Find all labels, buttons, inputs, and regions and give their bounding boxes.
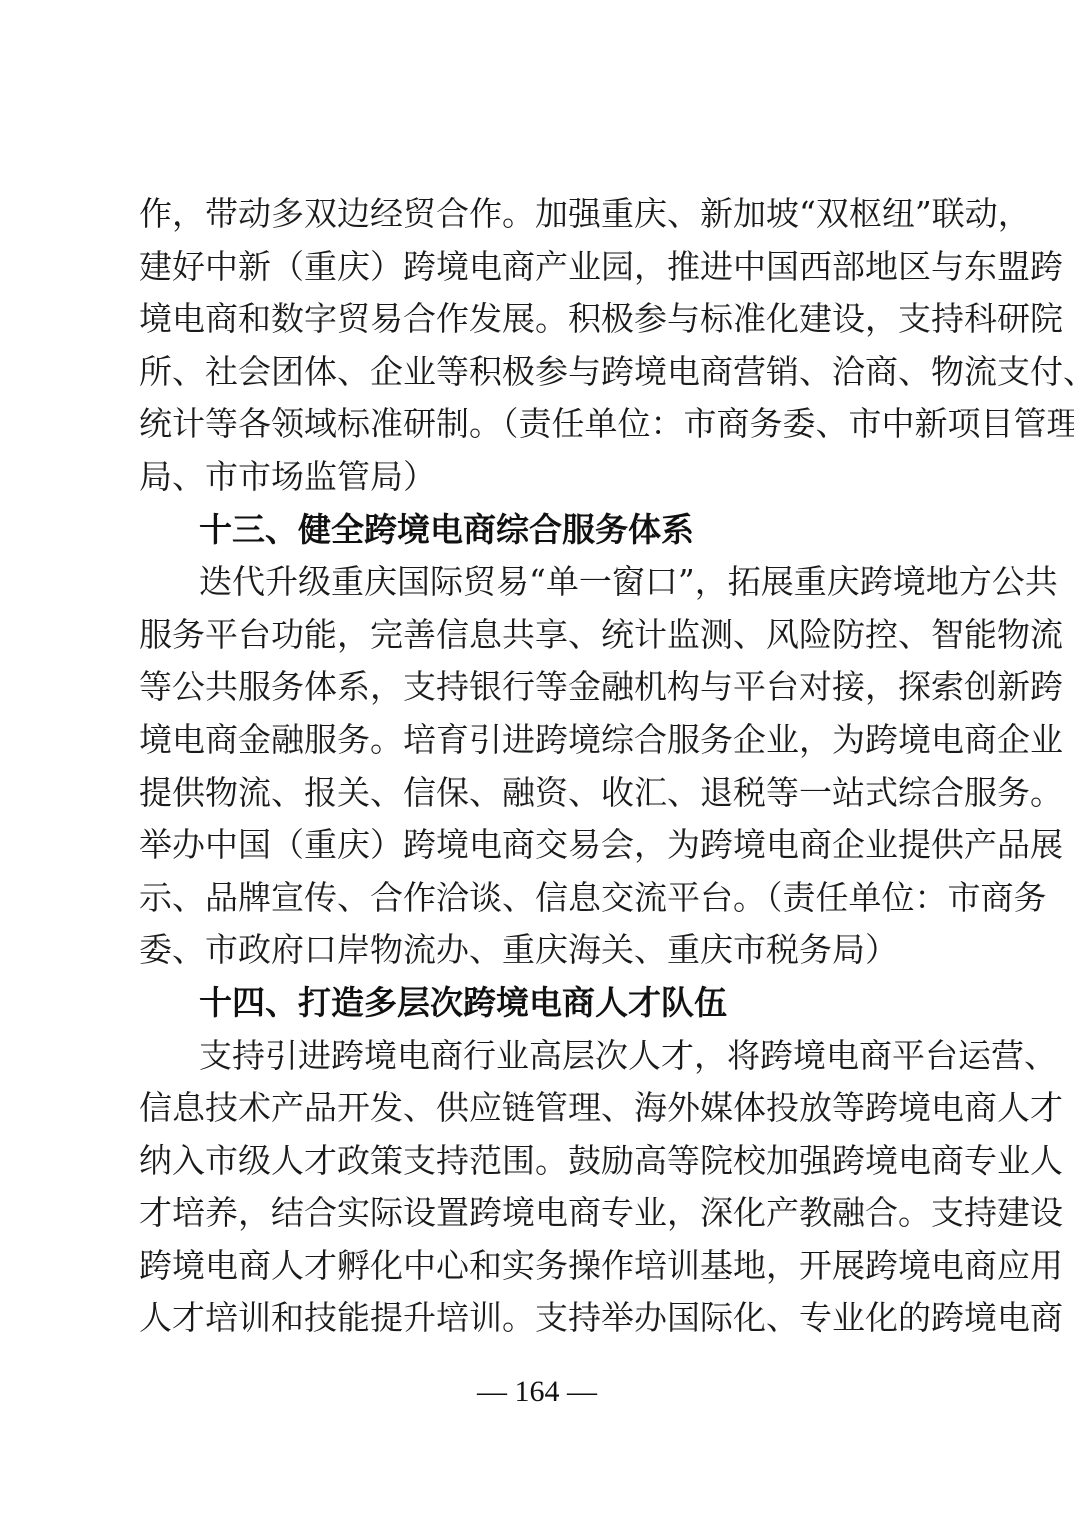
page-number: — 164 — <box>0 1375 1074 1409</box>
text-line: 支持引进跨境电商行业高层次人才，将跨境电商平台运营、 <box>139 1030 939 1083</box>
text-line: 所、社会团体、企业等积极参与跨境电商营销、洽商、物流支付、 <box>139 346 939 399</box>
document-page: 作，带动多双边经贸合作。加强重庆、新加坡“双枢纽”联动， 建好中新（重庆）跨境电… <box>0 0 1074 1520</box>
text-line: 才培养，结合实际设置跨境电商专业，深化产教融合。支持建设 <box>139 1187 939 1240</box>
section-heading-14: 十四、打造多层次跨境电商人才队伍 <box>139 977 939 1030</box>
text-line: 提供物流、报关、信保、融资、收汇、退税等一站式综合服务。 <box>139 767 939 820</box>
text-line: 境电商金融服务。培育引进跨境综合服务企业，为跨境电商企业 <box>139 714 939 767</box>
text-line: 境电商和数字贸易合作发展。积极参与标准化建设，支持科研院 <box>139 293 939 346</box>
text-line: 服务平台功能，完善信息共享、统计监测、风险防控、智能物流 <box>139 609 939 662</box>
section-heading-13: 十三、健全跨境电商综合服务体系 <box>139 504 939 557</box>
text-line: 举办中国（重庆）跨境电商交易会，为跨境电商企业提供产品展 <box>139 819 939 872</box>
page-content: 作，带动多双边经贸合作。加强重庆、新加坡“双枢纽”联动， 建好中新（重庆）跨境电… <box>139 188 939 1345</box>
text-line: 统计等各领域标准研制。（责任单位：市商务委、市中新项目管理 <box>139 398 939 451</box>
text-line: 示、品牌宣传、合作洽谈、信息交流平台。（责任单位：市商务 <box>139 872 939 925</box>
text-line: 迭代升级重庆国际贸易“单一窗口”，拓展重庆跨境地方公共 <box>139 556 939 609</box>
text-line: 委、市政府口岸物流办、重庆海关、重庆市税务局） <box>139 924 939 977</box>
text-line: 纳入市级人才政策支持范围。鼓励高等院校加强跨境电商专业人 <box>139 1135 939 1188</box>
text-line: 等公共服务体系，支持银行等金融机构与平台对接，探索创新跨 <box>139 661 939 714</box>
text-line: 作，带动多双边经贸合作。加强重庆、新加坡“双枢纽”联动， <box>139 188 939 241</box>
text-line: 建好中新（重庆）跨境电商产业园，推进中国西部地区与东盟跨 <box>139 241 939 294</box>
text-line: 局、市市场监管局） <box>139 451 939 504</box>
text-line: 跨境电商人才孵化中心和实务操作培训基地，开展跨境电商应用 <box>139 1240 939 1293</box>
text-line: 信息技术产品开发、供应链管理、海外媒体投放等跨境电商人才 <box>139 1082 939 1135</box>
text-line: 人才培训和技能提升培训。支持举办国际化、专业化的跨境电商 <box>139 1292 939 1345</box>
